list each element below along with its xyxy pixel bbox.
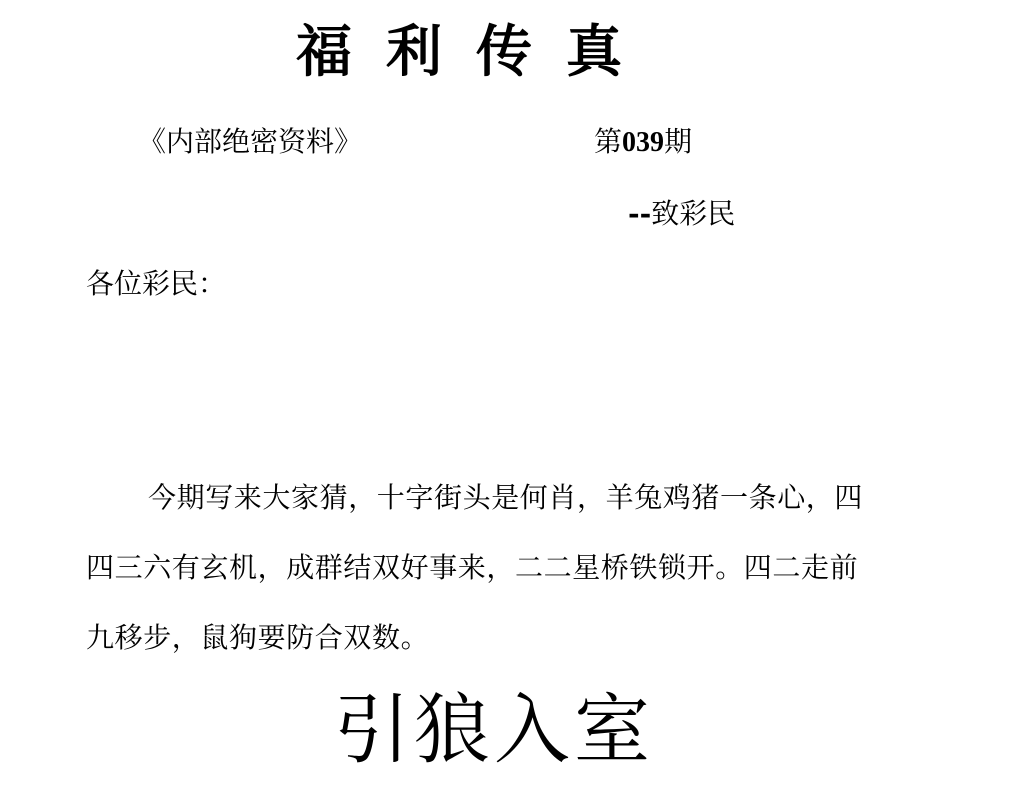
document-title: 福利传真 xyxy=(296,18,656,88)
body-line: 四三六有玄机，成群结双好事来，二二星桥铁锁开。四二走前 xyxy=(86,550,858,586)
issue-prefix: 第 xyxy=(594,125,622,158)
answer-phrase: 引狼入室 xyxy=(334,680,654,780)
document-subtitle: 《内部绝密资料》 xyxy=(138,124,362,160)
issue-suffix: 期 xyxy=(664,125,692,158)
recipient-text: 致彩民 xyxy=(651,197,735,230)
recipient-dash: -- xyxy=(628,197,651,230)
salutation: 各位彩民： xyxy=(86,266,226,302)
recipient-line: --致彩民 xyxy=(628,196,735,232)
body-line: 九移步，鼠狗要防合双数。 xyxy=(86,620,429,656)
issue-number: 第039期 xyxy=(594,124,692,161)
body-line: 今期写来大家猜，十字街头是何肖，羊兔鸡猪一条心，四 xyxy=(148,480,863,516)
issue-value: 039 xyxy=(622,127,664,158)
